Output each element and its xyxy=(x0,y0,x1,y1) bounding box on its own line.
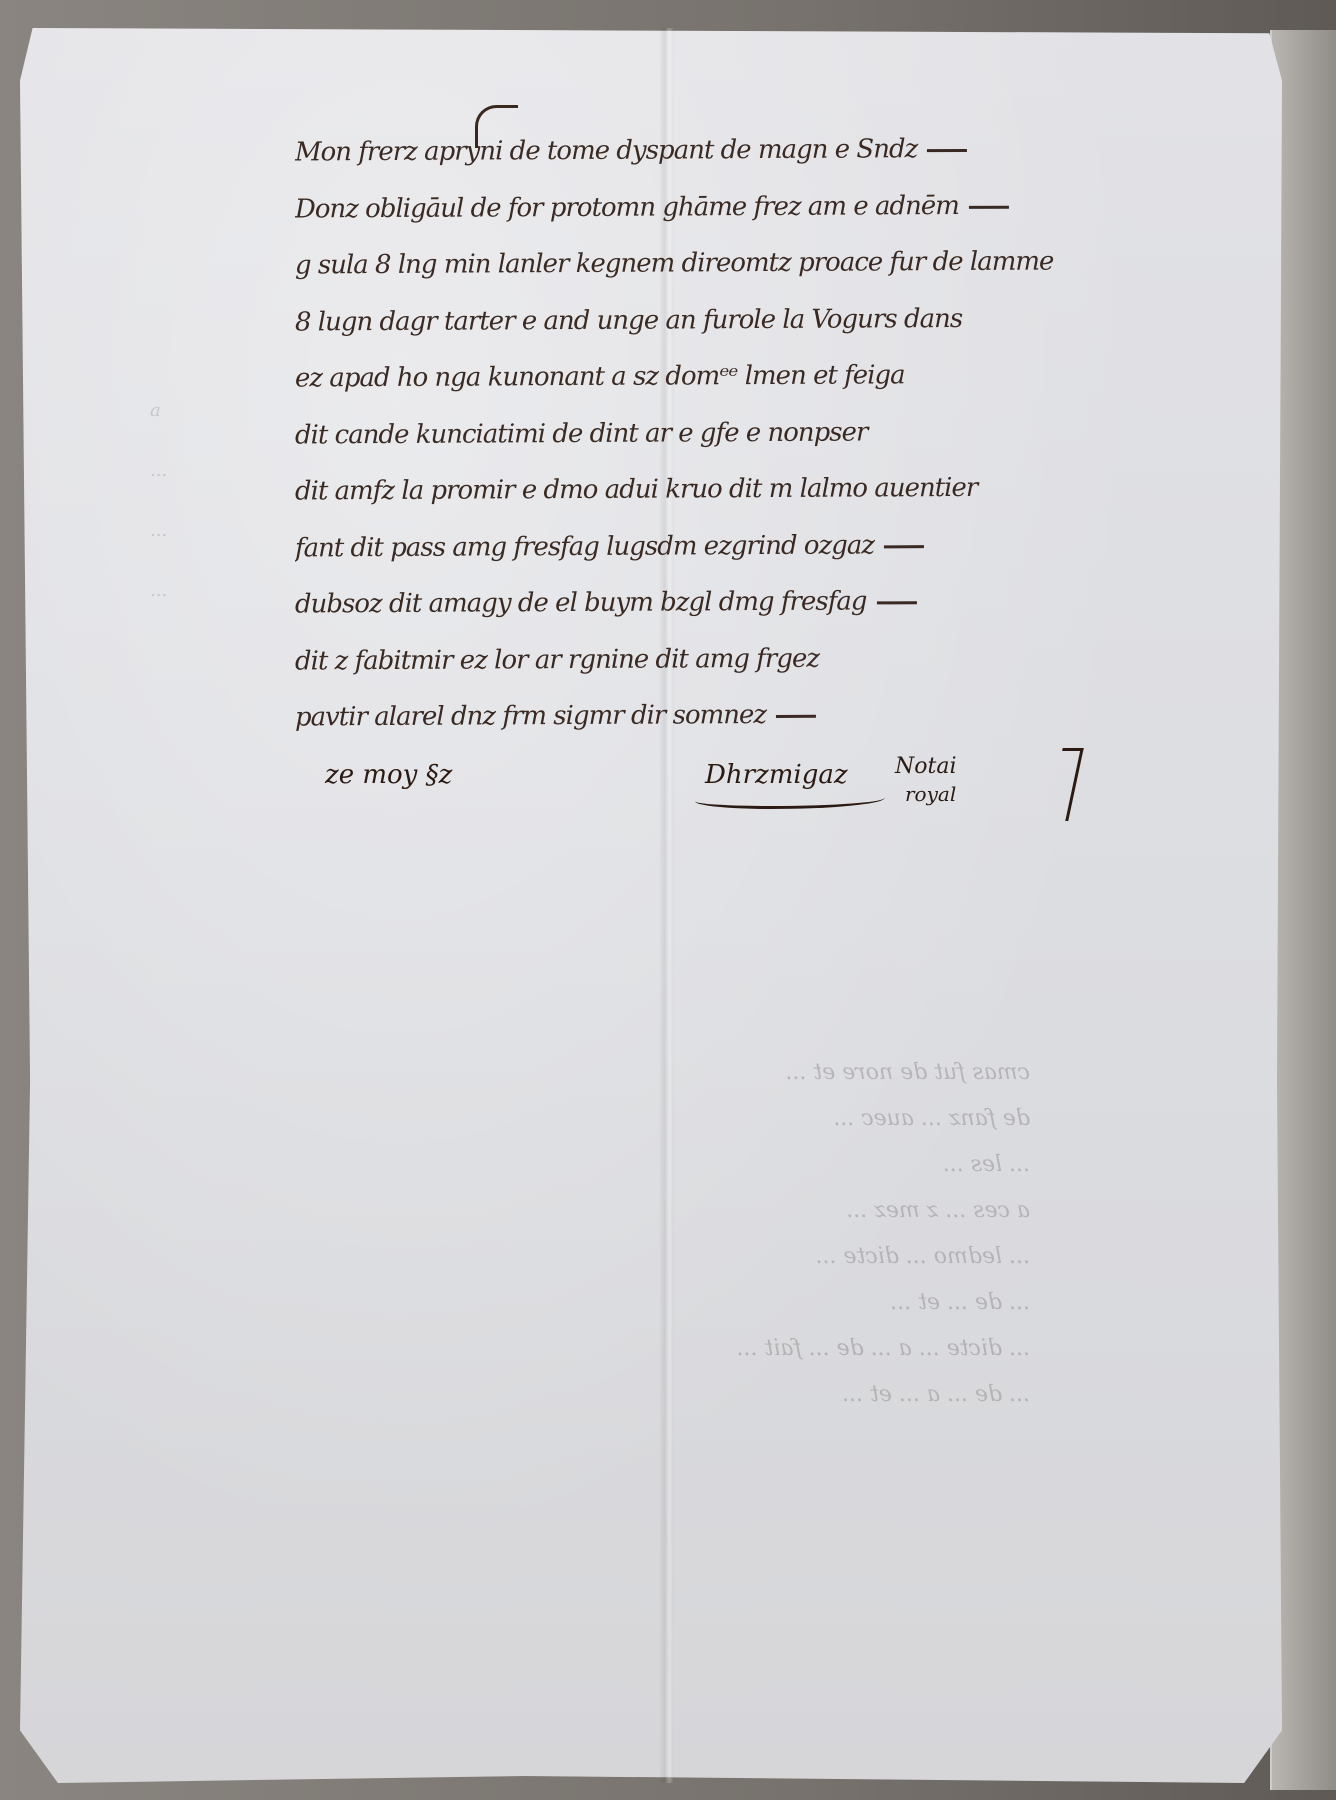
text-line: pavtir alarel dnz frm sigmr dir somnez xyxy=(295,698,1235,759)
line-filler-dash xyxy=(969,205,1009,208)
bleed-line: ... ledmo ... dicte ... xyxy=(130,1244,1030,1290)
text-line-content: 8 lugn dagr tarter e and unge an furole … xyxy=(295,303,962,336)
margin-bleed-line: ... xyxy=(150,460,270,520)
bleed-line: ... de ... a ... et ... xyxy=(130,1382,1030,1428)
text-line-content: dit z fabitmir ez lor ar rgnine dit amg … xyxy=(295,643,819,676)
signature-title: Notai xyxy=(895,754,957,779)
text-line: dit z fabitmir ez lor ar rgnine dit amg … xyxy=(295,641,1235,702)
text-line-content: dubsoz dit amagy de el buym bzgl dmg fre… xyxy=(295,586,867,619)
margin-bleed-through: a ... ... ... xyxy=(150,400,270,640)
line-filler-dash xyxy=(927,148,967,151)
margin-bleed-line: ... xyxy=(150,580,270,640)
text-line: dit cande kunciatimi de dint ar e gfe e … xyxy=(295,415,1235,476)
text-line: 8 lugn dagr tarter e and unge an furole … xyxy=(295,302,1235,363)
bleed-line: ... dicte ... a ... de ... fait ... xyxy=(130,1336,1030,1382)
text-line-content: dit amfz la promir e dmo adui kruo dit m… xyxy=(295,473,977,507)
text-line-content: dit cande kunciatimi de dint ar e gfe e … xyxy=(295,417,868,450)
text-line-content: fant dit pass amg fresfag lugsdm ezgrind… xyxy=(295,530,874,563)
text-line-content: ez apad ho nga kunonant a sz domᵉᵉ lmen … xyxy=(295,360,905,393)
text-line-content: Donz obligāul de for protomn ghāme frez … xyxy=(295,190,959,223)
bleed-line: ... de ... et ... xyxy=(130,1290,1030,1336)
line-filler-dash xyxy=(876,601,916,604)
text-line: g sula 8 lng min lanler kegnem direomtz … xyxy=(295,246,1235,307)
signature-paraph xyxy=(695,790,885,809)
main-handwritten-text: Mon frerz apryni de tome dyspant de magn… xyxy=(295,135,1235,757)
line-filler-dash xyxy=(776,714,816,717)
signature-title-2: royal xyxy=(905,782,956,806)
bleed-line: cmas fut de nore et ... xyxy=(130,1060,1030,1106)
text-line-content: pavtir alarel dnz frm sigmr dir somnez xyxy=(295,700,766,732)
text-line: Mon frerz apryni de tome dyspant de magn… xyxy=(295,133,1235,194)
margin-bleed-line: a xyxy=(150,400,270,460)
text-line: dubsoz dit amagy de el buym bzgl dmg fre… xyxy=(295,585,1235,646)
text-line: Donz obligāul de for protomn ghāme frez … xyxy=(295,189,1235,250)
bleed-line: a ces ... z mez ... xyxy=(130,1198,1030,1244)
notary-signature: Dhrzmigaz Notai royal xyxy=(705,760,1005,830)
text-line: fant dit pass amg fresfag lugsdm ezgrind… xyxy=(295,528,1235,589)
text-line-content: Mon frerz apryni de tome dyspant de magn… xyxy=(295,134,917,167)
signature-name: Dhrzmigaz xyxy=(705,760,848,790)
bleed-line: de fanz ... auec ... xyxy=(130,1106,1030,1152)
text-line-content: g sula 8 lng min lanler kegnem direomtz … xyxy=(295,246,1054,280)
bleed-line: ... les ... xyxy=(130,1152,1030,1198)
text-line: ez apad ho nga kunonant a sz domᵉᵉ lmen … xyxy=(295,359,1235,420)
margin-bleed-line: ... xyxy=(150,520,270,580)
bleed-through-text: cmas fut de nore et ... de fanz ... auec… xyxy=(130,1060,1030,1428)
text-line: dit amfz la promir e dmo adui kruo dit m… xyxy=(295,472,1235,533)
date-annotation: ze moy §z xyxy=(325,760,452,790)
line-filler-dash xyxy=(884,544,924,547)
